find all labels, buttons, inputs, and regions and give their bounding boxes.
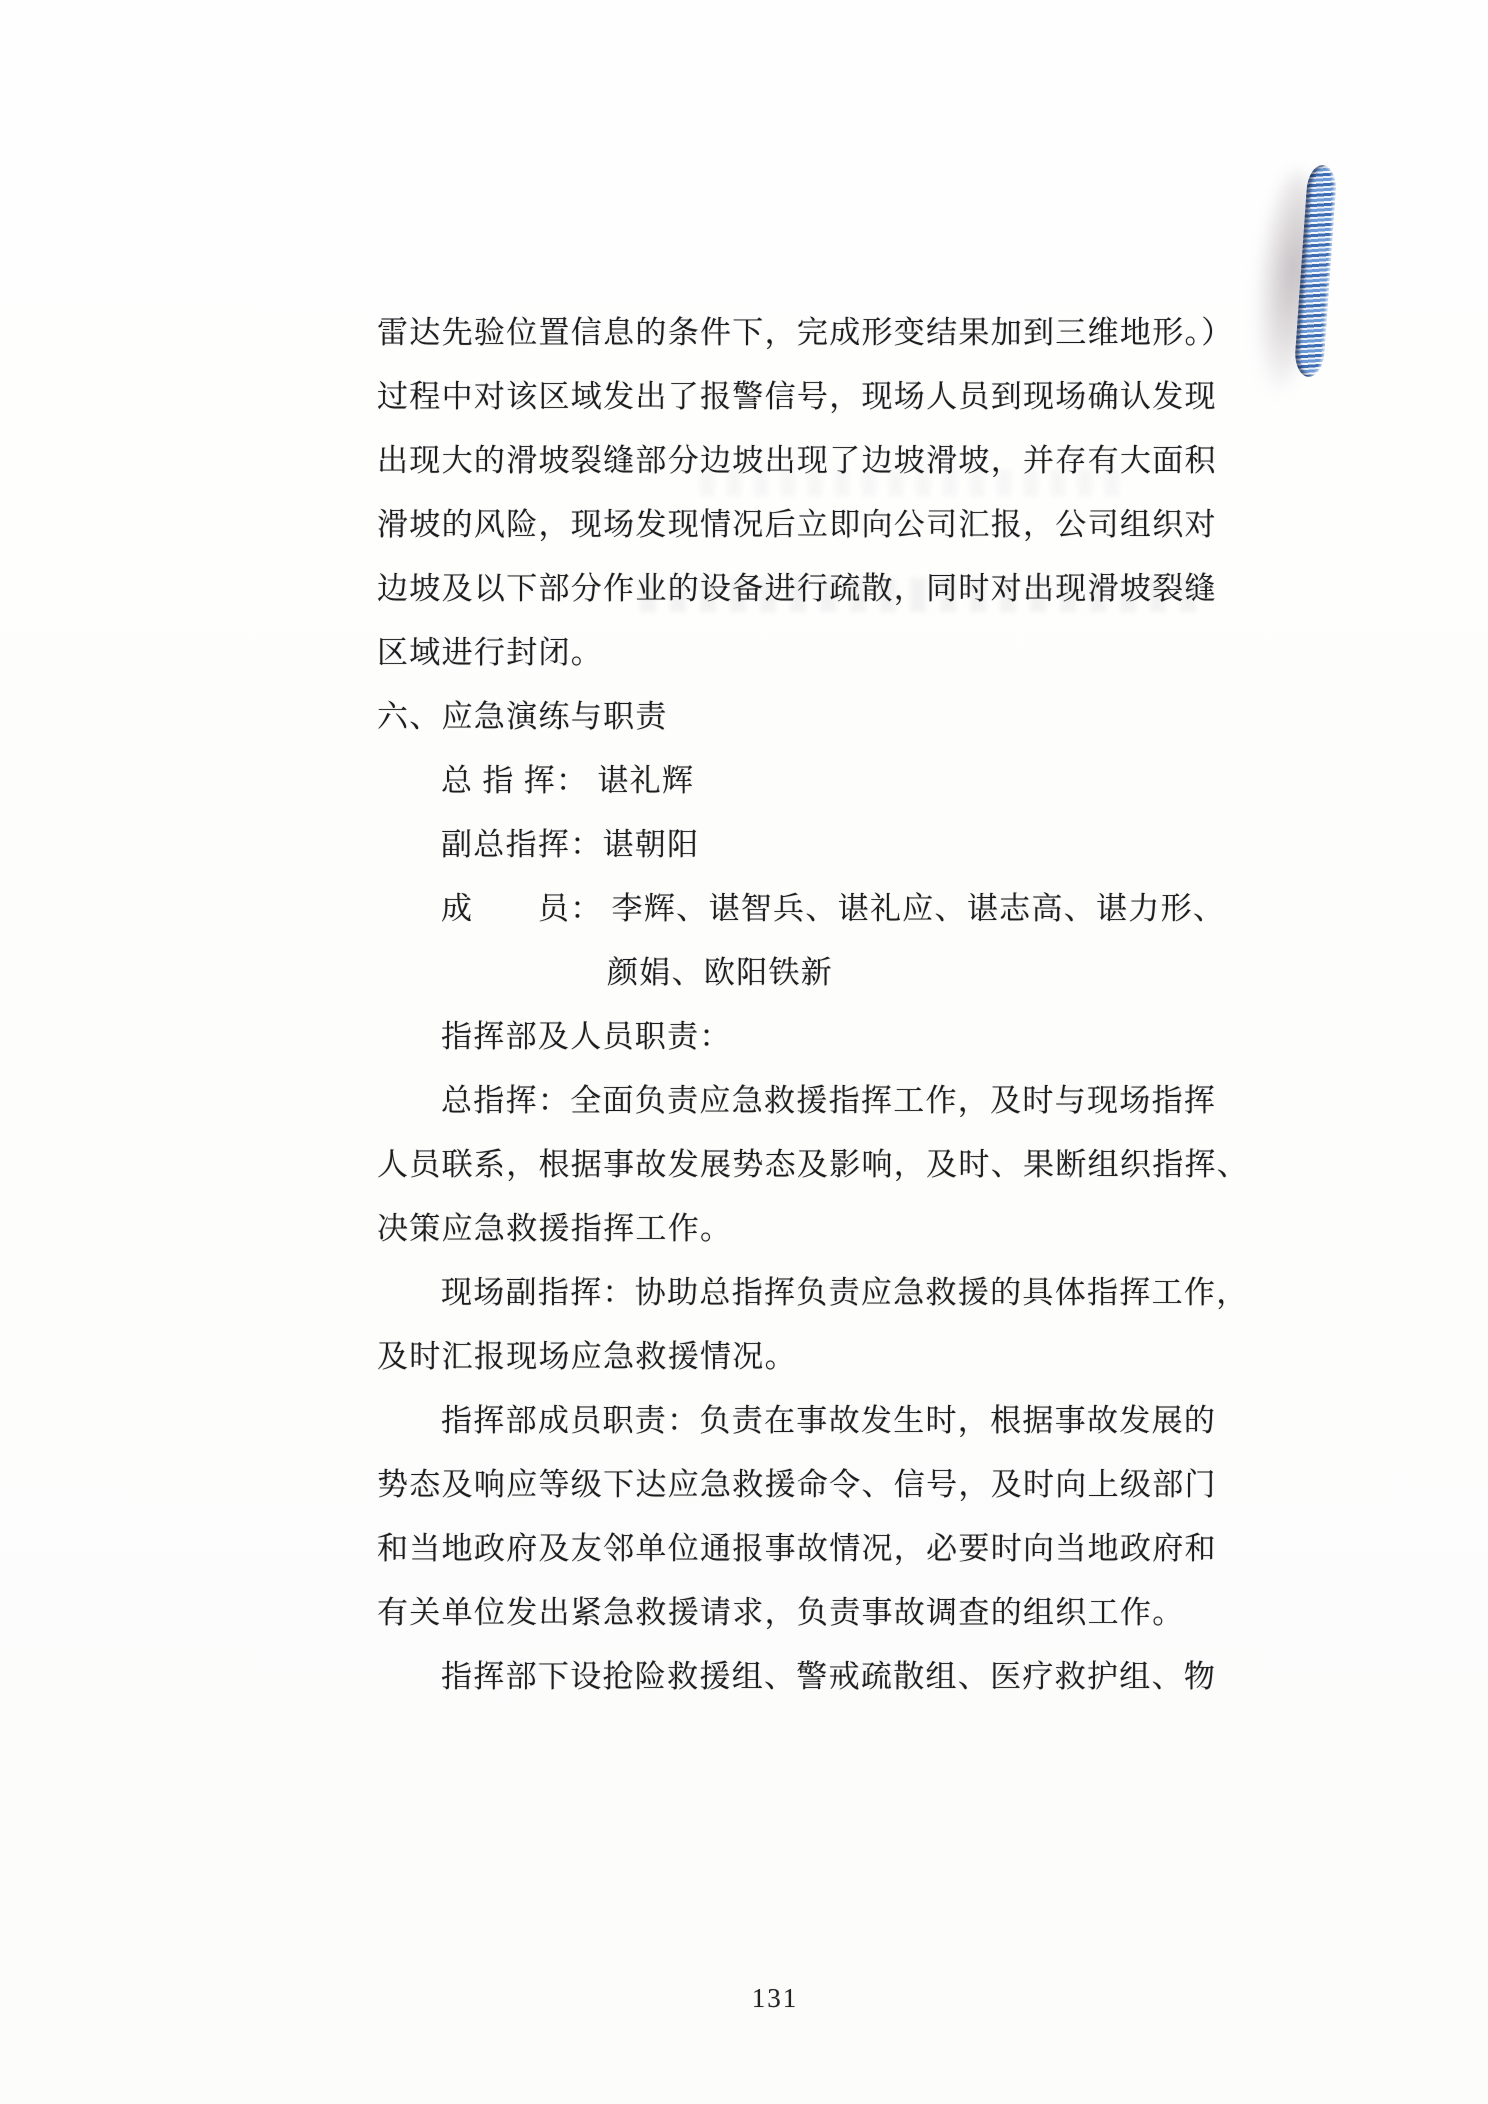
text-line: 总指挥：全面负责应急救援指挥工作，及时与现场指挥 (441, 1069, 1229, 1133)
text-line: 现场副指挥：协助总指挥负责应急救援的具体指挥工作， (441, 1261, 1229, 1325)
page-number: 131 (700, 1983, 850, 2014)
text-line: 副总指挥：谌朝阳 (441, 813, 1229, 877)
scanned-document-page: 雷达先验位置信息的条件下，完成形变结果加到三维地形。）过程中对该区域发出了报警信… (0, 0, 1488, 2104)
text-line: 和当地政府及友邻单位通报事故情况，必要时向当地政府和 (377, 1517, 1229, 1581)
text-line: 区域进行封闭。 (377, 621, 1229, 685)
text-line: 指挥部下设抢险救援组、警戒疏散组、医疗救护组、物 (441, 1645, 1229, 1709)
text-line: 指挥部及人员职责： (441, 1005, 1229, 1069)
text-line: 人员联系，根据事故发展势态及影响，及时、果断组织指挥、 (377, 1133, 1229, 1197)
text-line: 六、应急演练与职责 (377, 685, 1229, 749)
text-line: 有关单位发出紧急救援请求，负责事故调查的组织工作。 (377, 1581, 1229, 1645)
text-line: 边坡及以下部分作业的设备进行疏散，同时对出现滑坡裂缝 (377, 557, 1229, 621)
text-line: 滑坡的风险，现场发现情况后立即向公司汇报，公司组织对 (377, 493, 1229, 557)
text-line: 指挥部成员职责：负责在事故发生时，根据事故发展的 (441, 1389, 1229, 1453)
text-line: 及时汇报现场应急救援情况。 (377, 1325, 1229, 1389)
text-line: 总 指 挥： 谌礼辉 (441, 749, 1229, 813)
text-line: 颜娟、欧阳铁新 (607, 941, 1229, 1005)
text-line: 成 员： 李辉、谌智兵、谌礼应、谌志高、谌力形、 (441, 877, 1229, 941)
text-line: 决策应急救援指挥工作。 (377, 1197, 1229, 1261)
text-block: 雷达先验位置信息的条件下，完成形变结果加到三维地形。）过程中对该区域发出了报警信… (377, 301, 1229, 1709)
text-line: 出现大的滑坡裂缝部分边坡出现了边坡滑坡，并存有大面积 (377, 429, 1229, 493)
text-line: 雷达先验位置信息的条件下，完成形变结果加到三维地形。） (377, 301, 1229, 365)
text-line: 势态及响应等级下达应急救援命令、信号，及时向上级部门 (377, 1453, 1229, 1517)
text-line: 过程中对该区域发出了报警信号，现场人员到现场确认发现 (377, 365, 1229, 429)
